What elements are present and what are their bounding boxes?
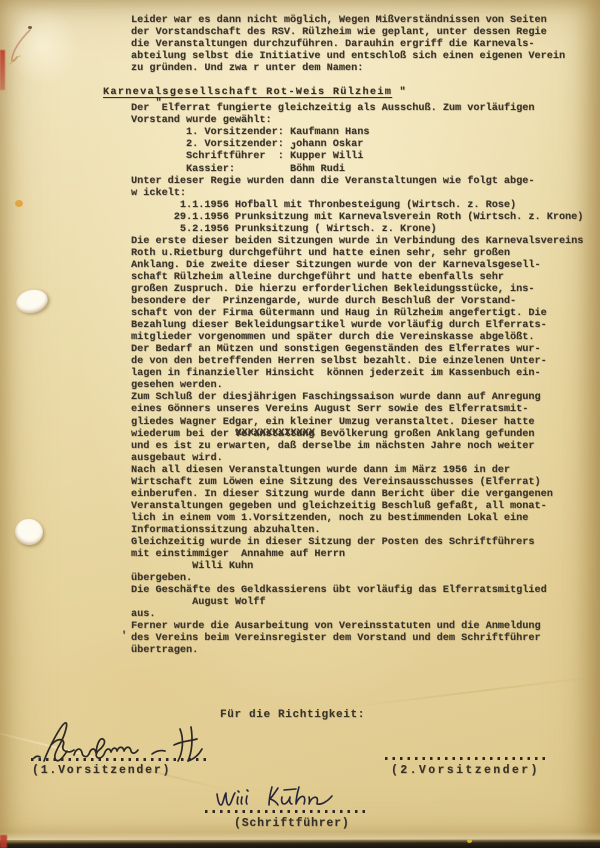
red-margin-mark: [0, 50, 5, 90]
dotted-signature-line: [205, 810, 369, 813]
text-line: großen Zuspruch. Die hierzu erforderlich…: [131, 284, 600, 296]
text-line: Vorstand wurde gewählt:: [131, 115, 600, 127]
text-line: Kassier: Böhm Rudi: [131, 164, 600, 176]
text-line: Der Bedarf an Mützen und sonstigen Gegen…: [131, 344, 600, 356]
dotted-signature-line: [31, 758, 207, 761]
text-line: Schriftführer : Kupper Willi: [131, 151, 600, 163]
orange-stain-dot: [15, 200, 23, 207]
text-line: Informationssitzung abzuhalten.: [131, 525, 600, 537]
text-line: und es ist zu erwarten, daß derselbe im …: [131, 441, 600, 453]
attestation-line: Für die Richtigkeit:: [220, 709, 365, 721]
text-line: übertragen.: [131, 645, 600, 657]
text-line: eines Gönners unseres Vereins August Ser…: [131, 404, 600, 416]
text-line: August Wolff: [131, 597, 600, 609]
text-line: Karnevalsgesellschaft Rot-Weis Rülzheim …: [103, 87, 600, 99]
paper-crease: [331, 672, 600, 711]
text-line: Nach all diesen Veranstaltungen wurde da…: [131, 465, 600, 477]
punch-hole: [14, 286, 51, 316]
signature-secretary: [214, 782, 338, 812]
text-line: Ferner wurde die Ausarbeitung von Verein…: [131, 621, 600, 633]
text-line: wiederum bei der Veranstaltung Bevölkeru…: [131, 429, 600, 441]
text-line: de von den betreffenden Herren selbst be…: [131, 356, 600, 368]
text-line: 2. Vorsitzender: Johann Oskar: [131, 139, 600, 151]
text-line: der Vorstandschaft des RSV. Rülzheim wie…: [131, 27, 600, 39]
text-line: mitglieder vorgenommen und später durch …: [131, 332, 600, 344]
text-line: schaft Rülzheim alleine durchgeführt und…: [131, 272, 600, 284]
document-page: Leider war es dann nicht möglich, Wegen …: [0, 0, 600, 848]
red-pencil-scribble: [4, 24, 44, 84]
text-line: 1.1.1956 Hofball mit Thronbesteigung (Wi…: [131, 200, 600, 212]
text-line: lich in einem vom 1.Vorsitzenden, noch z…: [131, 513, 600, 525]
text-line: 1. Vorsitzender: Kaufmann Hans: [131, 127, 600, 139]
text-line: Anklang. Die zweite dieser Sitzungen wur…: [131, 260, 600, 272]
punch-hole: [13, 517, 45, 547]
text-line: 5.2.1956 Prunksitzung ( Wirtsch. z. Kron…: [131, 224, 600, 236]
yellow-stain-dot: [467, 839, 472, 843]
text-line: übergeben.: [131, 573, 600, 585]
text-line: Gleichzeitig wurde in dieser Sitzung der…: [131, 537, 600, 549]
text-line: die Veranstaltungen durchzuführen. Darau…: [131, 39, 600, 51]
text-line: 29.1.1956 Prunksitzung mit Karnevalsvere…: [131, 212, 600, 224]
text-line: Unter dieser Regie wurden dann die Veran…: [131, 176, 600, 188]
text-line: Willi Kuhn: [131, 561, 600, 573]
text-line: 'des Vereins beim Vereinsregister dem Vo…: [131, 633, 600, 645]
typewritten-text: Leider war es dann nicht möglich, Wegen …: [131, 15, 600, 657]
ink-speck: [28, 26, 32, 29]
signature-label-first-chairman: (1.Vorsitzender): [32, 764, 171, 777]
text-line: Die Geschäfte des Geldkassierens übt vor…: [131, 585, 600, 597]
text-line: zu gründen. Und zwa r unter dem Namen:: [131, 63, 600, 75]
signature-label-secretary: (Schriftführer): [234, 817, 350, 830]
text-line: Bezahlung dieser Bekleidungsartikel wurd…: [131, 320, 600, 332]
text-line: Veranstaltungen gegeben und gleichzeitig…: [131, 501, 600, 513]
text-line: aus.: [131, 609, 600, 621]
red-corner-mark: [0, 835, 7, 848]
text-line: Leider war es dann nicht möglich, Wegen …: [131, 15, 600, 27]
text-line: Die erste dieser beiden Sitzungen wurde …: [131, 236, 600, 248]
text-line: w ickelt:: [131, 188, 600, 200]
text-line: gliedes Wagner Edgar, ein kleiner Umzug …: [131, 417, 600, 429]
text-line: gesehen werden.: [131, 380, 600, 392]
scan-background-strip: [0, 838, 600, 848]
text-line: abteilung selbst die Initiative und ents…: [131, 51, 600, 63]
text-line: Roth u.Rietburg durchgeführt und hatte e…: [131, 248, 600, 260]
text-line: besondere der Prinzengarde, wurde durch …: [131, 296, 600, 308]
text-line: Wirtschaft zum Löwen eine Sitzung des Ve…: [131, 477, 600, 489]
text-line: mit einstimmiger Annahme auf Herrn: [131, 549, 600, 561]
dotted-signature-line: [385, 757, 546, 760]
signature-label-second-chairman: (2.Vorsitzender): [391, 764, 540, 777]
text-line: einberufen. In dieser Sitzung wurde dann…: [131, 489, 600, 501]
text-line: Der "Elferrat fungierte gleichzeitig als…: [131, 103, 600, 115]
text-line: schaft von der Firma Gütermann und Haug …: [131, 308, 600, 320]
text-line: Zum Schluß der diesjährigen Faschingssai…: [131, 392, 600, 404]
text-line: ausgebaut wird.: [131, 453, 600, 465]
text-line: lagen in finanzieller Hinsicht können je…: [131, 368, 600, 380]
